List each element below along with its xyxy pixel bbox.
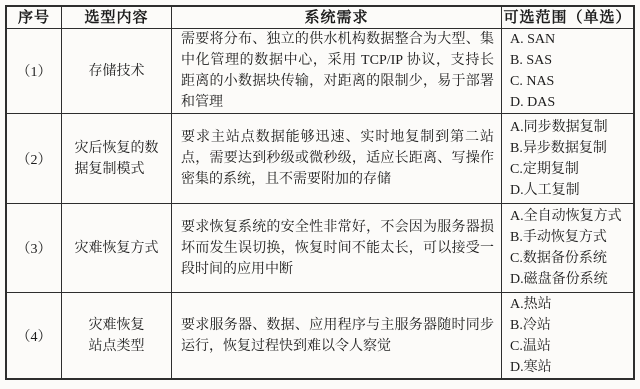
content-cell: 存储技术 <box>62 29 172 114</box>
row-number-cell: （2） <box>7 114 62 204</box>
option-item: C. NAS <box>510 71 633 92</box>
selection-table: 序号 选型内容 系统需求 可选范围（单选） （1） 存储技术 需要将分布、独立的… <box>5 5 635 380</box>
option-item: B.手动恢复方式 <box>510 227 633 248</box>
options-cell: A.同步数据复制 B.异步数据复制 C.定期复制 D.人工复制 <box>502 114 633 204</box>
header-content: 选型内容 <box>62 7 172 29</box>
option-item: C.数据备份系统 <box>510 248 633 269</box>
requirement-text: 要求恢复系统的安全性非常好，不会因为服务器损坏而发生误切换，恢复时间不能太长，可… <box>172 217 501 280</box>
content-text: 存储技术 <box>89 61 145 82</box>
page: 序号 选型内容 系统需求 可选范围（单选） （1） 存储技术 需要将分布、独立的… <box>0 0 640 389</box>
option-item: B.异步数据复制 <box>510 138 633 159</box>
option-item: A. SAN <box>510 29 633 50</box>
content-cell: 灾后恢复的数 据复制模式 <box>62 114 172 204</box>
row-number-cell: （4） <box>7 293 62 378</box>
content-cell: 灾难恢复 站点类型 <box>62 293 172 378</box>
options-cell: A.全自动恢复方式 B.手动恢复方式 C.数据备份系统 D.磁盘备份系统 <box>502 204 633 293</box>
content-cell: 灾难恢复方式 <box>62 204 172 293</box>
option-item: B. SAS <box>510 50 633 71</box>
requirement-cell: 要求主站点数据能够迅速、实时地复制到第二站点，需要达到秒级或微秒级，适应长距离、… <box>172 114 502 204</box>
option-item: C.温站 <box>510 336 633 357</box>
content-text: 灾后恢复的数 据复制模式 <box>75 138 159 180</box>
option-item: D.人工复制 <box>510 180 633 201</box>
requirement-text: 需要将分布、独立的供水机构数据整合为大型、集中化管理的数据中心，采用 TCP/I… <box>172 29 501 113</box>
header-requirement: 系统需求 <box>172 7 502 29</box>
option-item: D.寒站 <box>510 357 633 378</box>
requirement-text: 要求主站点数据能够迅速、实时地复制到第二站点，需要达到秒级或微秒级，适应长距离、… <box>172 127 501 190</box>
content-text: 灾难恢复方式 <box>75 238 159 259</box>
options-cell: A. SAN B. SAS C. NAS D. DAS <box>502 29 633 114</box>
header-seq: 序号 <box>7 7 62 29</box>
option-item: D. DAS <box>510 92 633 113</box>
requirement-cell: 要求恢复系统的安全性非常好，不会因为服务器损坏而发生误切换，恢复时间不能太长，可… <box>172 204 502 293</box>
header-options: 可选范围（单选） <box>502 7 633 29</box>
requirement-text: 要求服务器、数据、应用程序与主服务器随时同步运行，恢复过程快到难以令人察觉 <box>172 315 501 357</box>
row-number-cell: （3） <box>7 204 62 293</box>
content-text: 灾难恢复 站点类型 <box>89 315 145 357</box>
option-item: A.全自动恢复方式 <box>510 206 633 227</box>
option-item: D.磁盘备份系统 <box>510 269 633 290</box>
row-number-cell: （1） <box>7 29 62 114</box>
option-item: A.热站 <box>510 294 633 315</box>
option-item: C.定期复制 <box>510 159 633 180</box>
requirement-cell: 要求服务器、数据、应用程序与主服务器随时同步运行，恢复过程快到难以令人察觉 <box>172 293 502 378</box>
option-item: B.冷站 <box>510 315 633 336</box>
option-item: A.同步数据复制 <box>510 117 633 138</box>
requirement-cell: 需要将分布、独立的供水机构数据整合为大型、集中化管理的数据中心，采用 TCP/I… <box>172 29 502 114</box>
options-cell: A.热站 B.冷站 C.温站 D.寒站 <box>502 293 633 378</box>
